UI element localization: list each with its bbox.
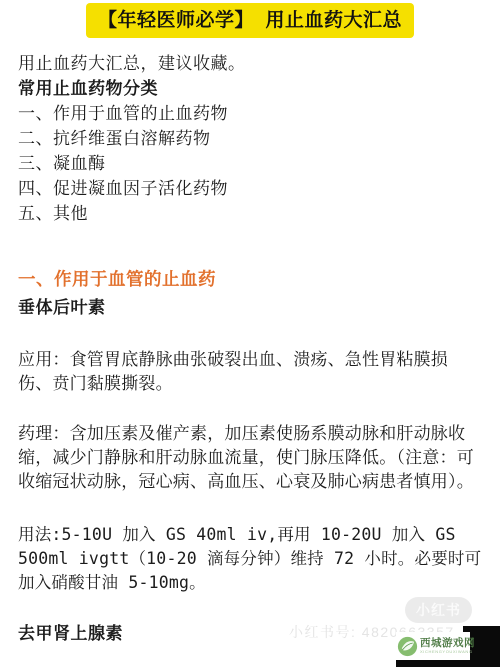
site-logo-watermark: 西城游戏网 XICHENGYOUXIWANG [396, 632, 470, 660]
list-item: 五、其他 [18, 201, 482, 226]
title-row: 【年轻医师必学】 用止血药大汇总 [0, 0, 500, 38]
corner-black-strip [396, 659, 500, 667]
page-title: 【年轻医师必学】 用止血药大汇总 [86, 3, 414, 38]
xiaohongshu-watermark-badge: 小红书 [405, 597, 472, 623]
drug-name-vasopressin: 垂体后叶素 [18, 297, 482, 319]
list-item: 四、促进凝血因子活化药物 [18, 176, 482, 201]
classification-heading: 常用止血药物分类 [18, 76, 482, 101]
site-logo-text-column: 西城游戏网 XICHENGYOUXIWANG [420, 638, 475, 654]
usage-paragraph: 用法:5-10U 加入 GS 40ml iv,再用 10-20U 加入 GS 5… [18, 523, 482, 595]
application-paragraph: 应用：食管胃底静脉曲张破裂出血、溃疡、急性胃粘膜损伤、贲门黏膜撕裂。 [18, 348, 482, 396]
site-logo-name: 西城游戏网 [420, 638, 475, 649]
list-item: 三、凝血酶 [18, 151, 482, 176]
note-body: 用止血药大汇总，建议收藏。 常用止血药物分类 一、作用于血管的止血药物 二、抗纤… [0, 51, 500, 645]
list-item: 一、作用于血管的止血药物 [18, 101, 482, 126]
classification-list: 一、作用于血管的止血药物 二、抗纤维蛋白溶解药物 三、凝血酶 四、促进凝血因子活… [18, 101, 482, 226]
section-heading: 一、作用于血管的止血药 [18, 269, 482, 290]
note-page: 【年轻医师必学】 用止血药大汇总 用止血药大汇总，建议收藏。 常用止血药物分类 … [0, 0, 500, 667]
list-item: 二、抗纤维蛋白溶解药物 [18, 126, 482, 151]
site-logo-subtext: XICHENGYOUXIWANG [420, 650, 475, 654]
site-logo-leaf-icon [397, 636, 418, 657]
intro-text: 用止血药大汇总，建议收藏。 [18, 51, 482, 76]
pharmacology-paragraph: 药理：含加压素及催产素，加压素使肠系膜动脉和肝动脉收缩，减少门静脉和肝动脉血流量… [18, 422, 482, 494]
